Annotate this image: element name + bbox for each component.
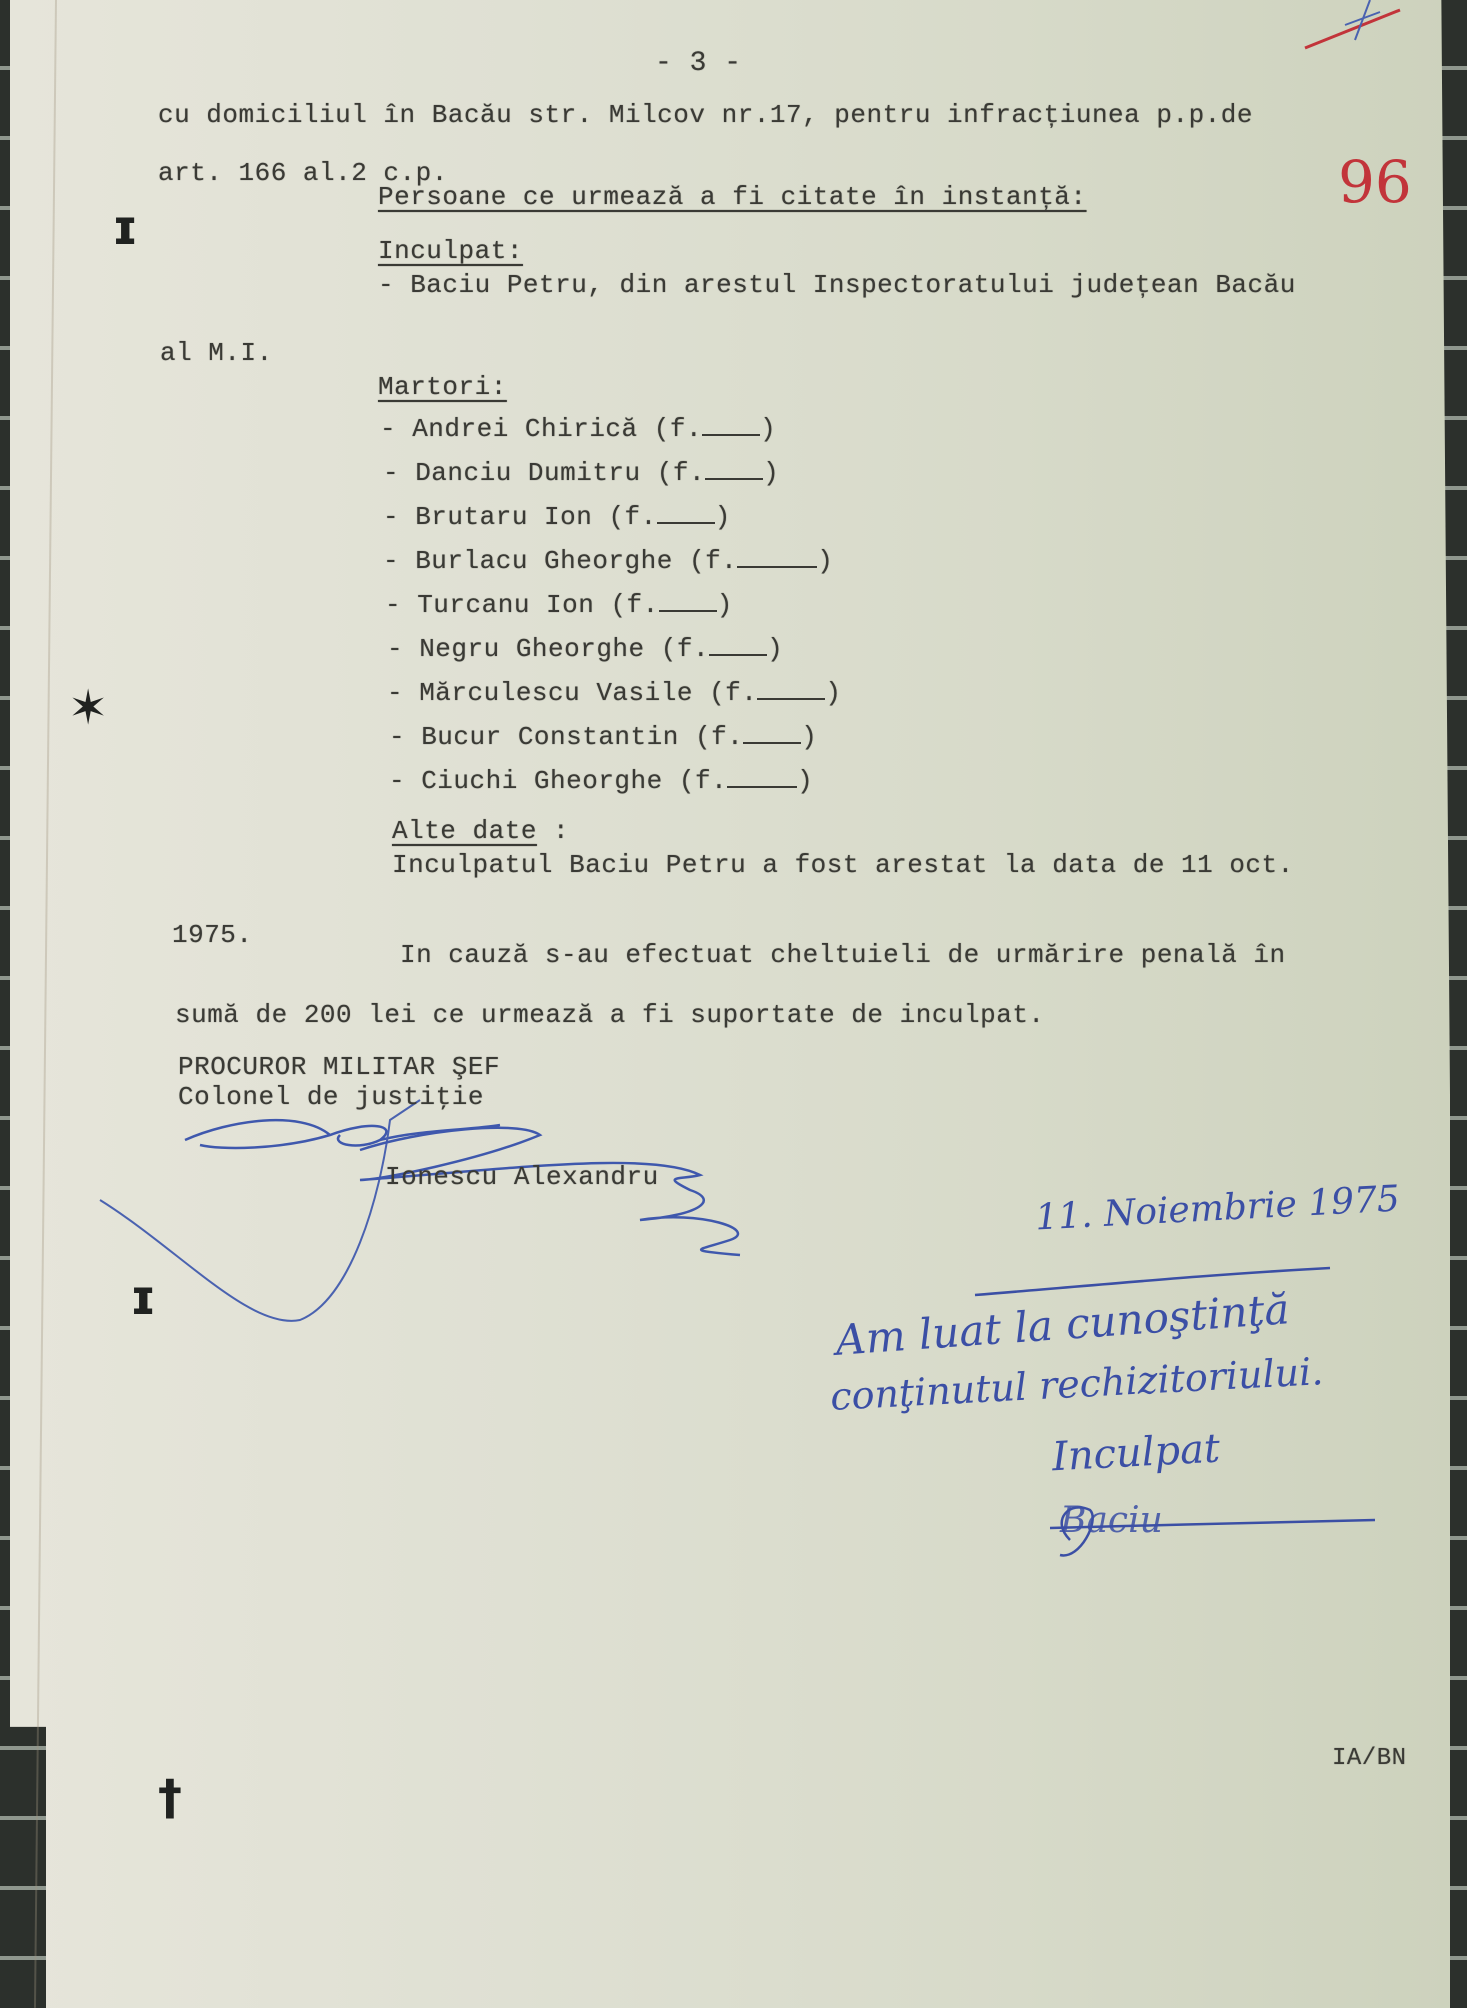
reference-code: IA/BN [1332, 1745, 1407, 1772]
accused-line-1: - Baciu Petru, din arestul Inspectoratul… [378, 270, 1296, 300]
witness-item: - Negru Gheorghe (f.) [387, 634, 783, 664]
arrest-line-2: 1975. [172, 920, 253, 950]
punch-hole-mark: ɪ [112, 200, 138, 256]
accused-line-2: al M.I. [160, 338, 273, 368]
witness-item: - Turcanu Ion (f.) [385, 590, 733, 620]
witnesses-heading: Martori: [378, 372, 507, 402]
summons-heading: Persoane ce urmează a fi citate în insta… [378, 182, 1087, 212]
handwritten-role: Inculpat [1051, 1426, 1221, 1481]
punch-hole-mark: † [158, 1770, 182, 1826]
other-data-heading: Alte date : [392, 816, 569, 846]
witness-item: - Ciuchi Gheorghe (f.) [389, 766, 813, 796]
folio-number: 96 [1338, 148, 1412, 216]
punch-hole-mark: ɪ [130, 1270, 156, 1326]
punch-hole-mark: ✶ [68, 680, 108, 736]
costs-line-2: sumă de 200 lei ce urmează a fi suportat… [175, 1000, 1045, 1030]
arrest-line-1: Inculpatul Baciu Petru a fost arestat la… [392, 850, 1294, 880]
witness-item: - Danciu Dumitru (f.) [383, 458, 779, 488]
signer-rank: Colonel de justiţie [178, 1082, 484, 1112]
witness-item: - Brutaru Ion (f.) [383, 502, 731, 532]
body-line-1: cu domiciliul în Bacău str. Milcov nr.17… [158, 100, 1253, 130]
signer-name: Ionescu Alexandru [385, 1162, 659, 1192]
page-number: - 3 - [655, 48, 742, 79]
costs-line-1: In cauză s-au efectuat cheltuieli de urm… [400, 940, 1286, 970]
witness-item: - Mărculescu Vasile (f.) [387, 678, 841, 708]
witness-item: - Burlacu Gheorghe (f.) [383, 546, 833, 576]
accused-heading: Inculpat: [378, 236, 523, 266]
witness-item: - Andrei Chirică (f.) [380, 414, 776, 444]
accused-signature: Baciu [1060, 1500, 1163, 1541]
signer-title: PROCUROR MILITAR ŞEF [178, 1052, 500, 1082]
witness-item: - Bucur Constantin (f.) [389, 722, 817, 752]
